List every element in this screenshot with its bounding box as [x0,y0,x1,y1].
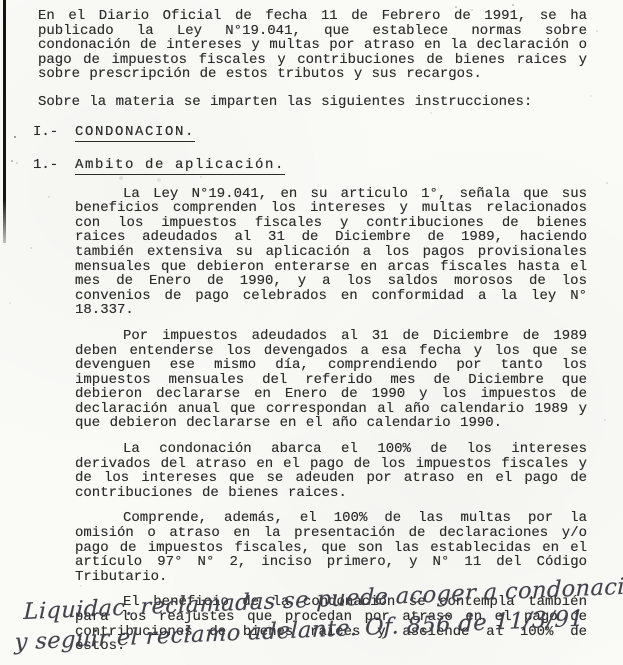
section-number: I.- [33,125,75,142]
intro-paragraph: En el Diario Oficial de fecha 11 de Febr… [38,9,587,82]
subsection-title: Ambito de aplicación. [75,158,285,175]
paragraph-impuestos-adeudados: Por impuestos adeudados al 31 de Diciemb… [75,329,587,431]
subsection-heading-ambito: 1.- Ambito de aplicación. [33,158,587,175]
paragraph-ley-beneficios: La Ley N°19.041, en su articulo 1°, seña… [75,187,587,318]
instructions-line: Sobre la materia se imparten las siguien… [38,95,587,110]
paragraph-multas-omision: Comprende, además, el 100% de las multas… [75,511,587,584]
scan-artifact-vertical-line [3,0,6,243]
paragraph-condonacion-intereses: La condonación abarca el 100% de los int… [75,442,587,500]
section-title: CONDONACION. [75,125,195,142]
subsection-number: 1.- [33,158,75,175]
scan-noise-speckles [0,0,2,2]
scanned-document-page: En el Diario Oficial de fecha 11 de Febr… [0,0,623,665]
section-heading-condonacion: I.- CONDONACION. [33,125,587,142]
